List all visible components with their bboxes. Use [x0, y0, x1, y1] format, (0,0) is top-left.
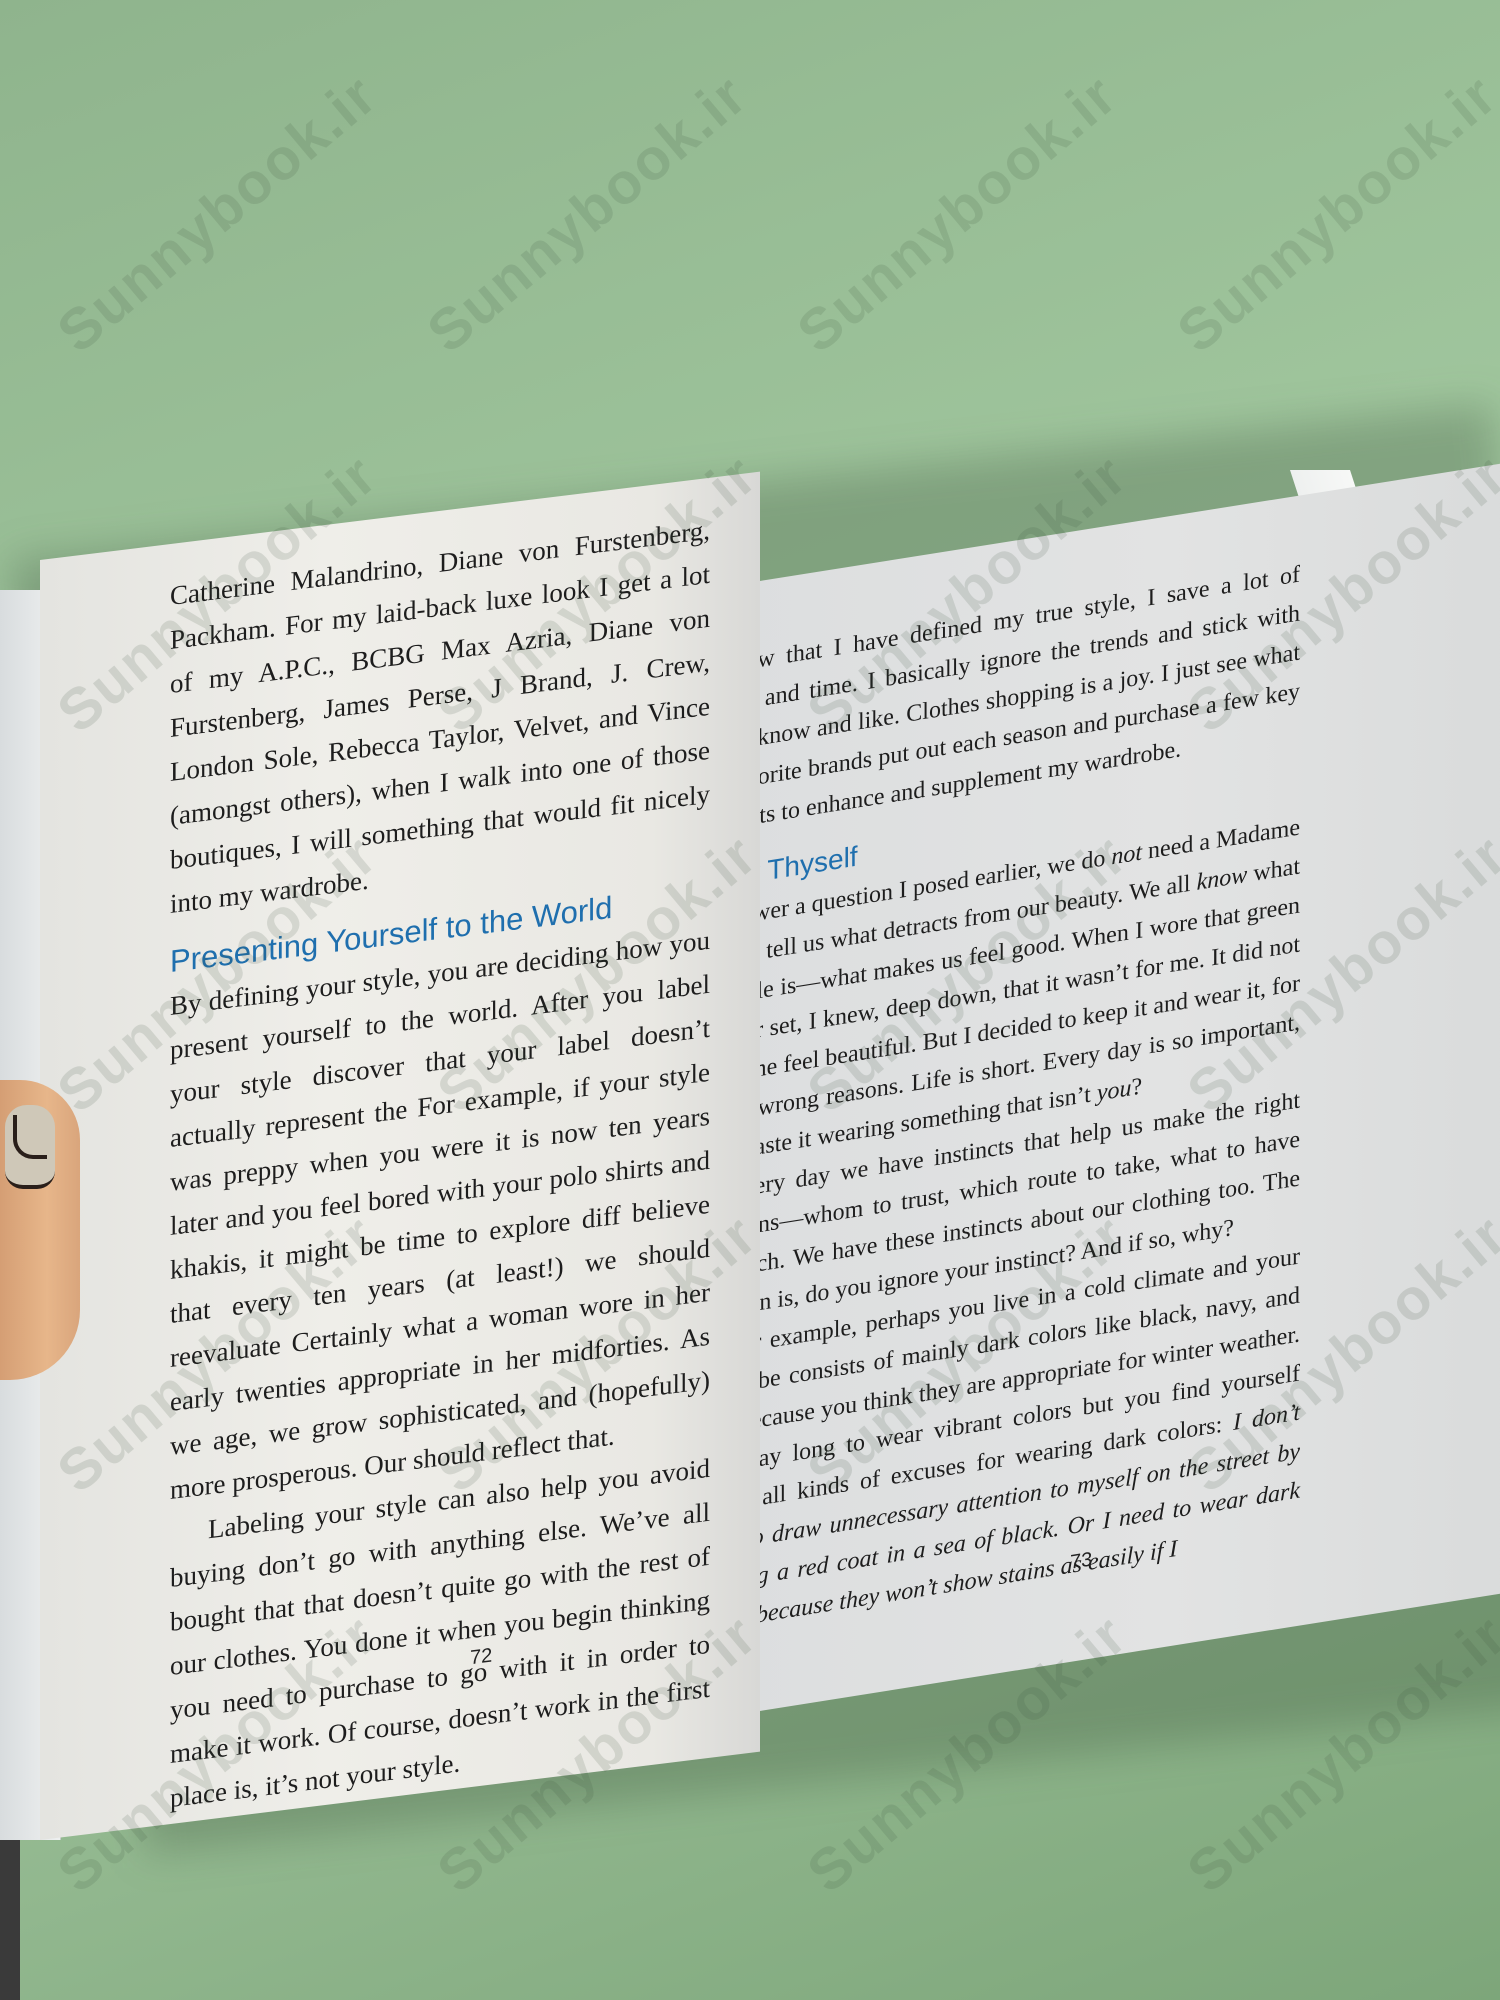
left-paragraph-1: By defining your style, you are deciding… — [170, 918, 710, 1512]
watermark: Sunnybook.ir — [415, 61, 760, 366]
right-page: Now that I have defined my true style, I… — [640, 461, 1500, 1730]
painted-nail — [5, 1105, 55, 1189]
left-page: Catherine Malandrino, Diane von Furstenb… — [40, 472, 760, 1840]
left-paragraph-2: Labeling your style can also help you av… — [170, 1446, 710, 1820]
left-page-text: Catherine Malandrino, Diane von Furstenb… — [170, 508, 710, 1820]
emphasis-not: not — [1111, 839, 1142, 870]
watermark: Sunnybook.ir — [1165, 61, 1500, 366]
watermark: Sunnybook.ir — [785, 61, 1130, 366]
page-number-right: 73 — [1070, 1548, 1092, 1575]
emphasis-you: you — [1097, 1075, 1132, 1106]
dark-edge — [0, 1840, 20, 2000]
page-number-left: 72 — [470, 1644, 492, 1670]
watermark: Sunnybook.ir — [45, 61, 390, 366]
text-span: ? — [1131, 1073, 1142, 1101]
emphasis-know: know — [1197, 862, 1248, 896]
right-page-text: Now that I have defined my true style, I… — [690, 555, 1300, 1646]
left-intro-paragraph: Catherine Malandrino, Diane von Furstenb… — [170, 508, 710, 926]
